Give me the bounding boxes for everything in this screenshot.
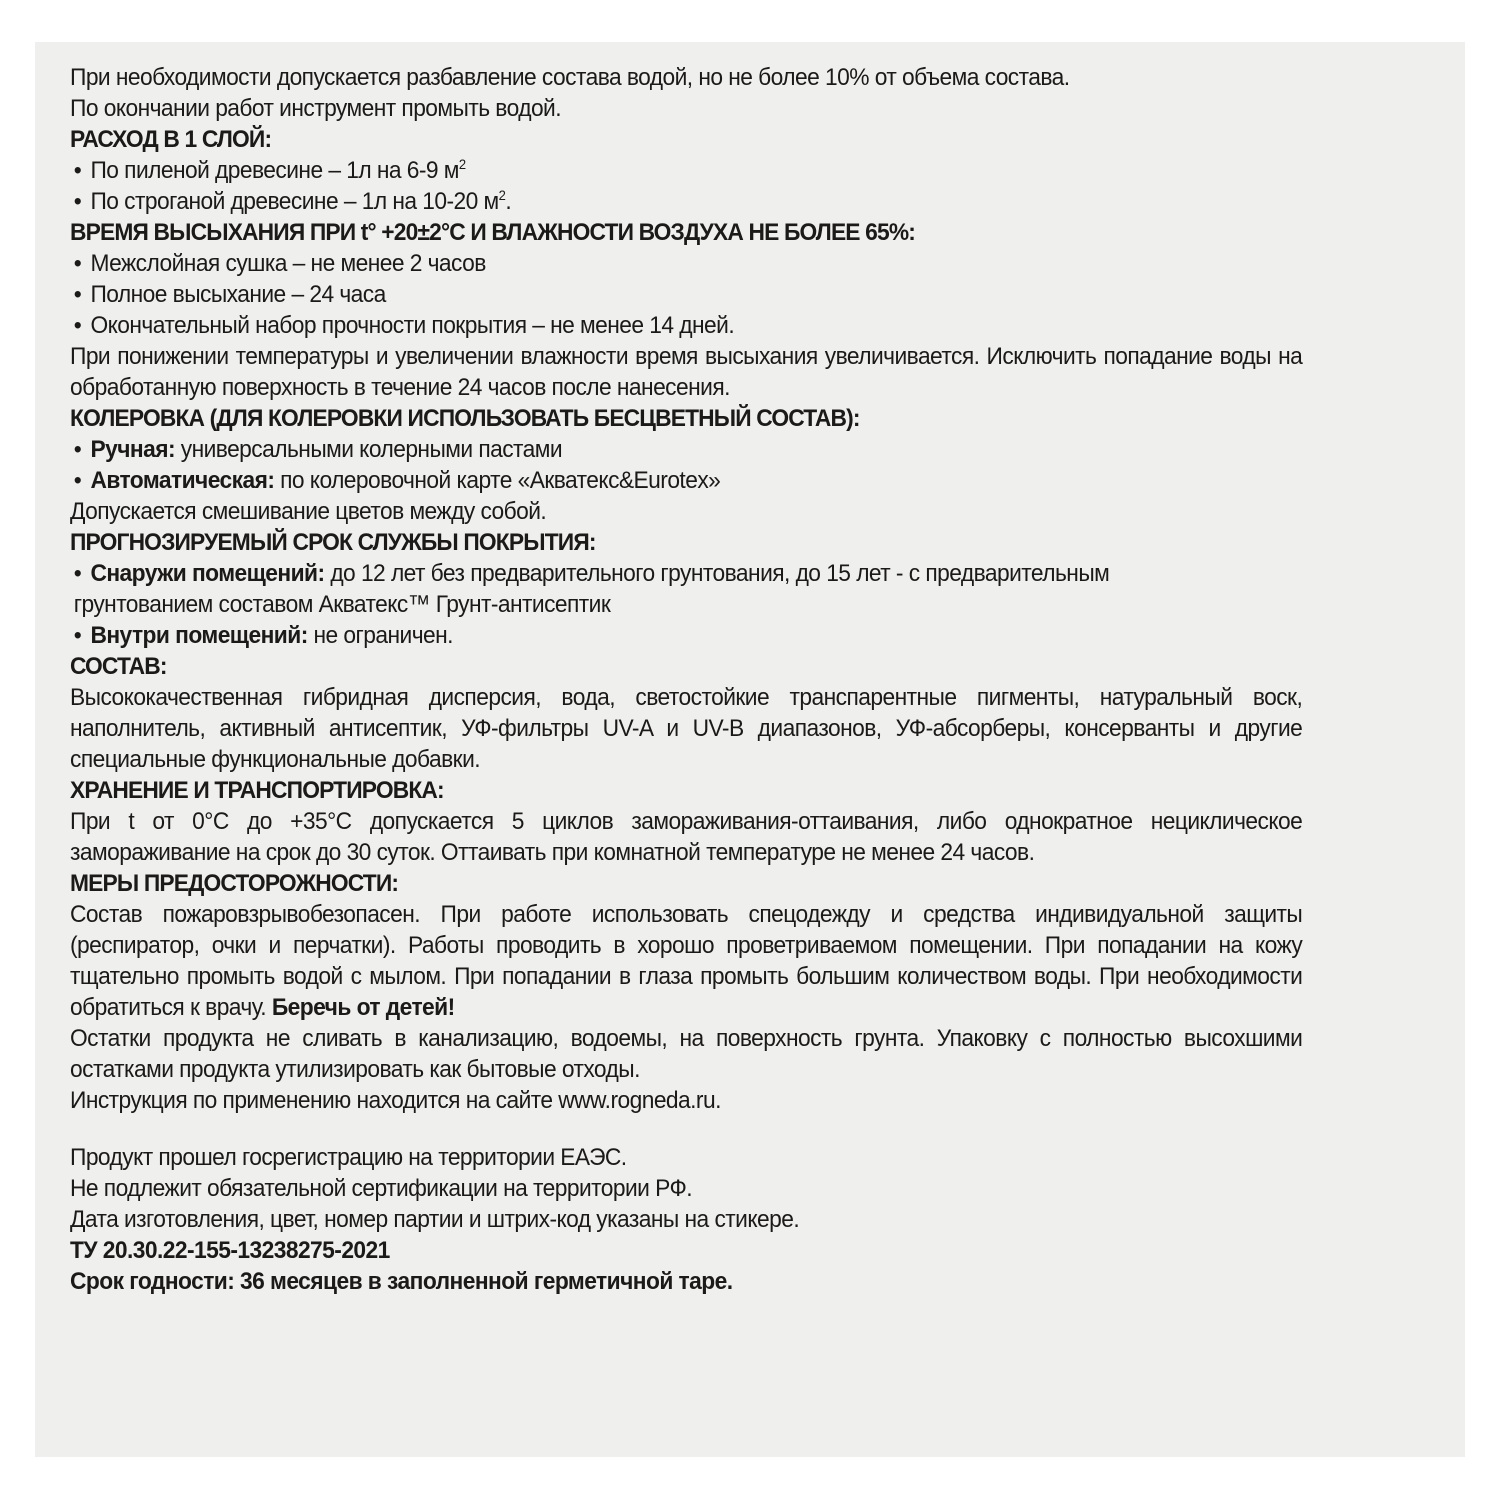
footer-line: Не подлежит обязательной сертификации на…: [70, 1173, 1302, 1204]
tinting-note: Допускается смешивание цветов между собо…: [70, 496, 1302, 527]
child-warning: Беречь от детей!: [272, 994, 455, 1021]
instructions-text: Инструкция по применению находится на са…: [70, 1085, 1302, 1116]
bullet-icon: •: [74, 186, 91, 217]
bullet-icon: •: [74, 248, 91, 279]
list-item: •Окончательный набор прочности покрытия …: [70, 310, 1302, 341]
list-item: •Автоматическая: по колеровочной карте «…: [70, 465, 1302, 496]
bullet-icon: •: [74, 620, 91, 651]
list-item: •Снаружи помещений: до 12 лет без предва…: [70, 558, 1302, 589]
section-heading-storage: ХРАНЕНИЕ И ТРАНСПОРТИРОВКА:: [70, 775, 1302, 806]
footer-line: Дата изготовления, цвет, номер партии и …: [70, 1204, 1302, 1235]
list-item: •По строганой древесине – 1л на 10-20 м2…: [70, 186, 1302, 217]
list-item: •Полное высыхание – 24 часа: [70, 279, 1302, 310]
disposal-text: Остатки продукта не сливать в канализаци…: [70, 1023, 1302, 1085]
section-heading-tinting: КОЛЕРОВКА (ДЛЯ КОЛЕРОВКИ ИСПОЛЬЗОВАТЬ БЕ…: [70, 403, 1302, 434]
composition-text: Высококачественная гибридная дисперсия, …: [70, 682, 1302, 775]
intro-line: По окончании работ инструмент промыть во…: [70, 93, 1302, 124]
spacer: [70, 1116, 1302, 1142]
bullet-icon: •: [74, 155, 91, 186]
bullet-icon: •: [74, 434, 91, 465]
bullet-icon: •: [74, 465, 91, 496]
shelf-life: Срок годности: 36 месяцев в заполненной …: [70, 1266, 1302, 1297]
list-item-continuation: грунтованием составом Акватекс™ Грунт-ан…: [70, 589, 1302, 620]
bullet-icon: •: [74, 310, 91, 341]
precautions-text: Состав пожаровзрывобезопасен. При работе…: [70, 899, 1302, 1023]
drying-note: При понижении температуры и увеличении в…: [70, 341, 1302, 403]
section-heading-service-life: ПРОГНОЗИРУЕМЫЙ СРОК СЛУЖБЫ ПОКРЫТИЯ:: [70, 527, 1302, 558]
bullet-icon: •: [74, 558, 91, 589]
spec-number: ТУ 20.30.22-155-13238275-2021: [70, 1235, 1302, 1266]
list-item: •Межслойная сушка – не менее 2 часов: [70, 248, 1302, 279]
storage-text: При t от 0°С до +35°С допускается 5 цикл…: [70, 806, 1302, 868]
list-item: •По пиленой древесине – 1л на 6-9 м2: [70, 155, 1302, 186]
section-heading-drying: ВРЕМЯ ВЫСЫХАНИЯ ПРИ t° +20±2°С И ВЛАЖНОС…: [70, 217, 1302, 248]
bullet-icon: •: [74, 279, 91, 310]
label-text: При необходимости допускается разбавлени…: [70, 62, 1302, 1297]
intro-line: При необходимости допускается разбавлени…: [70, 62, 1302, 93]
section-heading-consumption: РАСХОД В 1 СЛОЙ:: [70, 124, 1302, 155]
list-item: •Ручная: универсальными колерными пастам…: [70, 434, 1302, 465]
footer-line: Продукт прошел госрегистрацию на террито…: [70, 1142, 1302, 1173]
section-heading-composition: СОСТАВ:: [70, 651, 1302, 682]
list-item: •Внутри помещений: не ограничен.: [70, 620, 1302, 651]
section-heading-precautions: МЕРЫ ПРЕДОСТОРОЖНОСТИ:: [70, 868, 1302, 899]
